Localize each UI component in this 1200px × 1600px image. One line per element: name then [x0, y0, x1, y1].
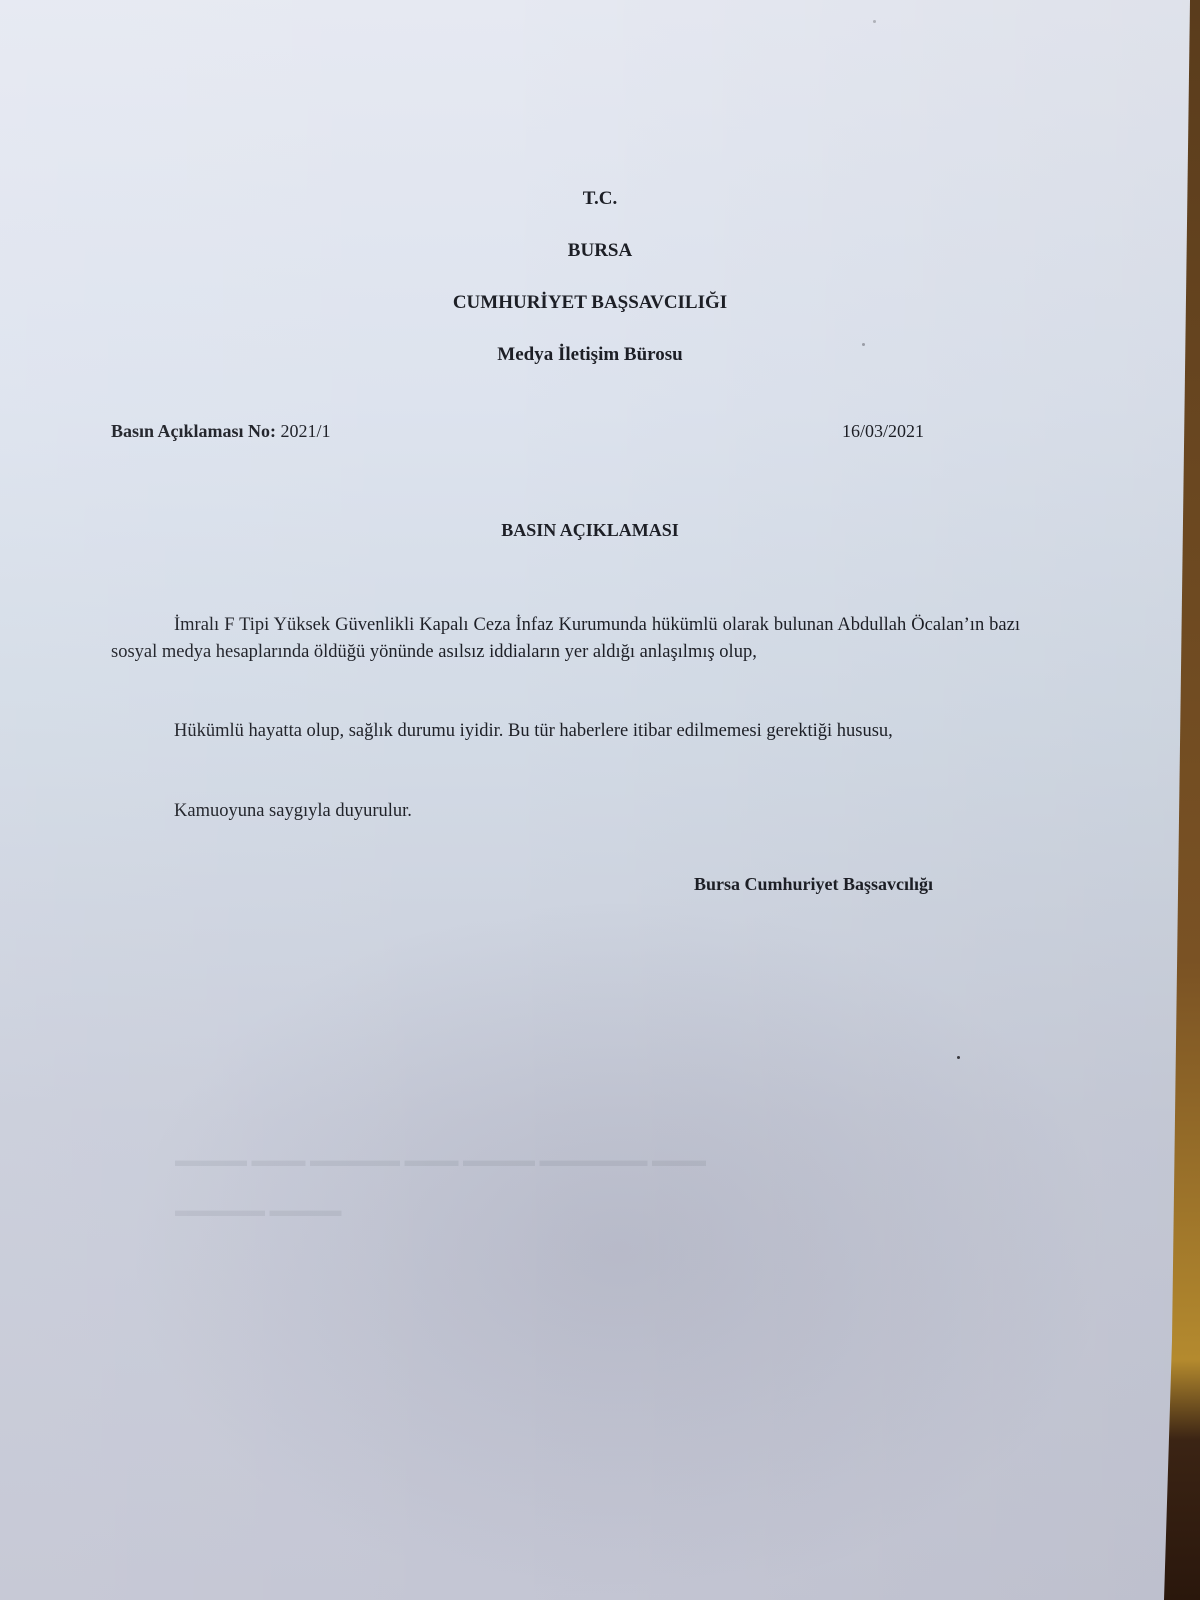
body-paragraph-3: Kamuoyuna saygıyla duyurulur.	[111, 798, 1020, 825]
header-city: BURSA	[10, 240, 1190, 262]
press-release-date: 16/03/2021	[842, 421, 924, 442]
body-paragraph-2: Hükümlü hayatta olup, sağlık durumu iyid…	[111, 718, 1020, 745]
paper-speck	[862, 343, 865, 346]
signature: Bursa Cumhuriyet Başsavcılığı	[694, 874, 933, 895]
press-release-number: Basın Açıklaması No: 2021/1	[111, 421, 331, 442]
paper-sheet: T.C. BURSA CUMHURİYET BAŞSAVCILIĞI Medya…	[0, 0, 1190, 1600]
header-institution: CUMHURİYET BAŞSAVCILIĞI	[0, 292, 1180, 314]
paper-speck	[873, 20, 876, 23]
body-paragraph-1: İmralı F Tipi Yüksek Güvenlikli Kapalı C…	[111, 612, 1020, 666]
press-release-number-label: Basın Açıklaması No:	[111, 421, 276, 441]
paper-speck	[957, 1056, 960, 1059]
press-release-number-value: 2021/1	[281, 421, 331, 441]
header-country: T.C.	[10, 188, 1190, 210]
header-office: Medya İletişim Bürosu	[0, 344, 1180, 366]
document-title: BASIN AÇIKLAMASI	[0, 520, 1180, 541]
bleed-through-text: ▬▬▬▬▬ ▬▬▬▬	[175, 1200, 342, 1221]
bleed-through-text: ▬▬▬▬ ▬▬▬ ▬▬▬▬▬ ▬▬▬ ▬▬▬▬ ▬▬▬▬▬▬ ▬▬▬	[175, 1150, 706, 1171]
